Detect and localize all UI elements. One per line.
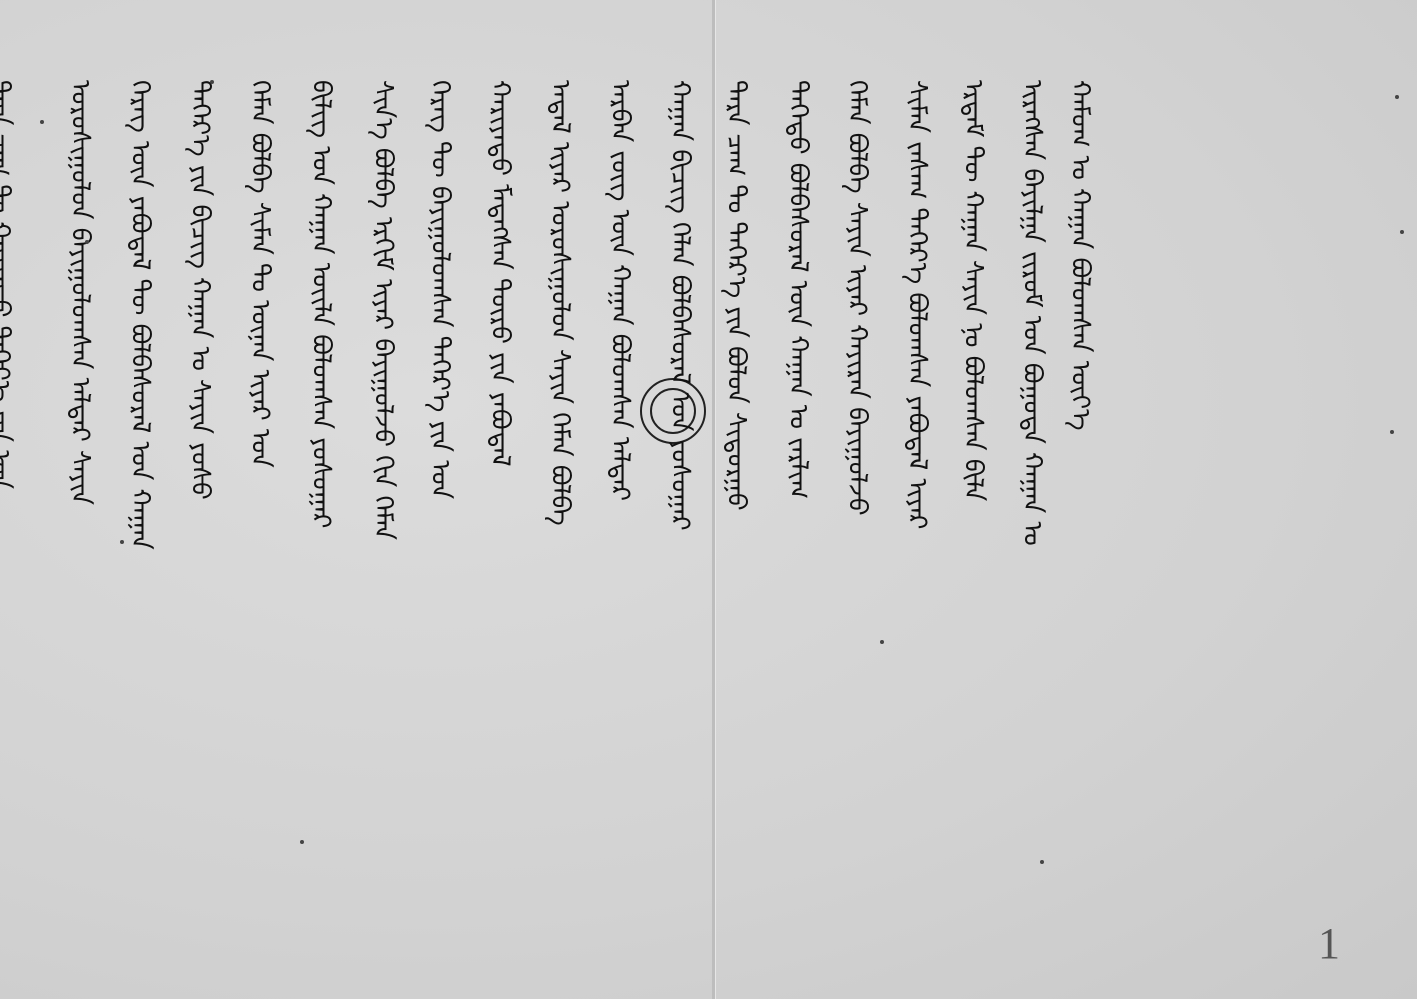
line-text: ᠬᠡᠷᠡᠭ ᠦᠨ ᠶᠠᠪᠤᠳᠠᠯ ᠲᠦ ᠪᠣᠯᠪᠠᠰᠤᠷᠠᠯ ᠤᠨ ᠬᠠᠭᠠᠨ bbox=[124, 80, 170, 550]
manuscript-line: ᠬᠡᠷᠡᠭ ᠲᠦ ᠪᠠᠶᠢᠭᠤᠯᠤᠭᠰᠠᠨ ᠳᠡᠭᠡᠷ᠎ᠡ ᠶᠢᠨ ᠣᠨ bbox=[430, 80, 470, 880]
paper-speck bbox=[40, 120, 44, 124]
manuscript-line: ᠰᠢᠨ᠎ᠡ ᠪᠣᠯᠪᠠ ᠡᠷᠬᠢᠮ ᠢᠶᠡᠷ ᠪᠠᠶᠢᠭᠤᠯᠵᠤ ᠬᠢᠨ ᠬᠡᠮ… bbox=[373, 80, 413, 880]
line-text: ᠢᠷᠡᠭᠰᠡᠨ ᠪᠠᠶᠢᠯᠭᠠ ᠵᠢᠷᠤᠮ ᠤᠨ ᠪᠣᠭᠣᠳᠠ ᠬᠠᠭᠠᠨ ᠤ bbox=[1016, 80, 1062, 546]
paper-speck bbox=[1040, 860, 1044, 864]
line-text: ᠳᠡᠭᠡᠷ᠎ᠡ ᠶᠢᠨ ᠪᠢᠴᠢᠭ ᠬᠠᠭᠠᠨ ᠤ ᠰᠠᠶᠢᠨ ᠶᠣᠰᠣ bbox=[184, 80, 230, 500]
manuscript-line: ᠬᠡᠮᠡᠨ ᠪᠣᠯᠪᠠ ᠰᠠᠶᠢᠨ ᠢᠶᠡᠷ ᠬᠠᠶᠢᠷᠠᠨ ᠪᠠᠶᠢᠭᠤᠯᠵᠤ bbox=[847, 80, 887, 880]
manuscript-line: ᠲᠡᠷᠡ ᠴᠠᠭ ᠲᠤ ᠬᠠᠷᠢᠶᠠᠲᠤ ᠳᠡᠭᠡᠷ᠎ᠡ ᠶᠢᠨ ᠣᠨ bbox=[0, 80, 30, 880]
manuscript-line: ᠠᠳᠠᠯ ᠢᠶᠠᠷ ᠤᠷᠤᠰᠢᠭᠤᠯᠤᠨ ᠰᠠᠶᠢᠨ ᠬᠡᠮᠡᠨ ᠪᠣᠯᠪᠠ bbox=[550, 80, 590, 880]
manuscript-line: ᠠᠷᠪᠠᠨ ᠵᠦᠭ ᠦᠨ ᠬᠠᠭᠠᠨ ᠪᠣᠯᠤᠭᠰᠠᠨ ᠠᠯᠳᠠᠷ bbox=[610, 80, 650, 880]
manuscript-line: ᠢᠷᠡᠭᠰᠡᠨ ᠪᠠᠶᠢᠯᠭᠠ ᠵᠢᠷᠤᠮ ᠤᠨ ᠪᠣᠭᠣᠳᠠ ᠬᠠᠭᠠᠨ ᠤ bbox=[1022, 80, 1062, 880]
paper-speck bbox=[120, 540, 124, 544]
manuscript-line: ᠬᠠᠭᠠᠨ ᠪᠢᠴᠢᠭ ᠬᠡᠯᠡᠨ ᠪᠣᠯᠪᠠᠰᠤᠷᠠᠯ ᠤᠨ ᠶᠣᠰᠣᠭᠠᠷ bbox=[670, 80, 710, 880]
manuscript-line: ᠳᠡᠭᠡᠷ᠎ᠡ ᠶᠢᠨ ᠪᠢᠴᠢᠭ ᠬᠠᠭᠠᠨ ᠤ ᠰᠠᠶᠢᠨ ᠶᠣᠰᠣ bbox=[190, 80, 230, 880]
paper-speck bbox=[1390, 430, 1394, 434]
paper-speck bbox=[210, 80, 214, 84]
line-text: ᠬᠠᠭᠠᠨ ᠪᠢᠴᠢᠭ ᠬᠡᠯᠡᠨ ᠪᠣᠯᠪᠠᠰᠤᠷᠠᠯ ᠤᠨ ᠶᠣᠰᠣᠭᠠᠷ bbox=[664, 80, 710, 531]
paper-speck bbox=[880, 640, 884, 644]
line-text: ᠳᠡᠭᠡᠳᠦ ᠪᠣᠯᠪᠠᠰᠤᠷᠠᠯ ᠦᠨ ᠬᠠᠭᠠᠨ ᠤ ᠵᠠᠷᠯᠢᠭ bbox=[782, 80, 828, 499]
manuscript-line: ᠲᠡᠷᠡ ᠴᠠᠭ ᠲᠤ ᠳᠡᠭᠡᠷ᠎ᠡ ᠶᠢᠨ ᠪᠣᠯᠤᠨ ᠰᠢᠳᠤᠷᠭᠤ bbox=[726, 80, 766, 880]
page-number: 1 bbox=[1318, 918, 1340, 969]
line-text: ᠰᠢᠮᠠᠨ ᠵᠠᠰᠠᠭ ᠳᠡᠭᠡᠷ᠎ᠡ ᠪᠣᠯᠣᠭᠰᠠᠨ ᠶᠠᠪᠤᠳᠠᠯ ᠢᠶᠠ… bbox=[901, 80, 947, 529]
paper-speck bbox=[1400, 230, 1404, 234]
line-text: ᠲᠡᠷᠡ ᠴᠠᠭ ᠲᠤ ᠳᠡᠭᠡᠷ᠎ᠡ ᠶᠢᠨ ᠪᠣᠯᠤᠨ ᠰᠢᠳᠤᠷᠭᠤ bbox=[720, 80, 766, 511]
manuscript-line: ᠬᠡᠮᠡᠨ ᠪᠣᠯᠪᠠ ᠰᠢᠮᠠᠨ ᠲᠤ ᠦᠨᠡᠨ ᠢᠶᠡᠷ ᠣᠨ bbox=[250, 80, 290, 880]
line-text: ᠰᠢᠨ᠎ᠡ ᠪᠣᠯᠪᠠ ᠡᠷᠬᠢᠮ ᠢᠶᠡᠷ ᠪᠠᠶᠢᠭᠤᠯᠵᠤ ᠬᠢᠨ ᠬᠡᠮ… bbox=[367, 80, 413, 540]
paper-speck bbox=[85, 240, 89, 244]
paper-speck bbox=[1395, 95, 1399, 99]
line-text: ᠠᠳᠠᠯ ᠢᠶᠠᠷ ᠤᠷᠤᠰᠢᠭᠤᠯᠤᠨ ᠰᠠᠶᠢᠨ ᠬᠡᠮᠡᠨ ᠪᠣᠯᠪᠠ bbox=[544, 80, 590, 526]
line-text: ᠠᠷᠪᠠᠨ ᠵᠦᠭ ᠦᠨ ᠬᠠᠭᠠᠨ ᠪᠣᠯᠤᠭᠰᠠᠨ ᠠᠯᠳᠠᠷ bbox=[604, 80, 650, 501]
line-text: ᠪᠢᠯᠢᠭ ᠤᠨ ᠬᠠᠭᠠᠨ ᠦᠢᠯᠡ ᠪᠣᠯᠤᠭᠰᠠᠨ ᠶᠣᠰᠣᠭᠠᠷ bbox=[305, 80, 351, 528]
line-text: ᠬᠡᠮᠡᠨ ᠪᠣᠯᠪᠠ ᠰᠢᠮᠠᠨ ᠲᠤ ᠦᠨᠡᠨ ᠢᠶᠡᠷ ᠣᠨ bbox=[244, 80, 290, 468]
manuscript-line: ᠬᠠᠮᠤᠭ ᠤ ᠬᠠᠭᠠᠨ ᠪᠣᠯᠤᠭᠰᠠᠨ ᠦᠶ᠎ᠡ bbox=[1070, 80, 1110, 880]
manuscript-line: ᠰᠢᠮᠠᠨ ᠵᠠᠰᠠᠭ ᠳᠡᠭᠡᠷ᠎ᠡ ᠪᠣᠯᠣᠭᠰᠠᠨ ᠶᠠᠪᠤᠳᠠᠯ ᠢᠶᠠ… bbox=[907, 80, 947, 880]
manuscript-line: ᠬᠠᠷᠢᠶᠠᠲᠤ ᠮᠡᠳᠡᠭᠰᠡᠨ ᠲᠦᠷᠦ ᠶᠢᠨ ᠶᠠᠪᠤᠳᠠᠯ bbox=[490, 80, 530, 880]
manuscript-line: ᠡᠷᠳᠡᠮ ᠲᠦ ᠬᠠᠭᠠᠨ ᠰᠠᠶᠢᠨ ᠨᠤ ᠪᠣᠯᠤᠭᠰᠠᠨ ᠪᠢᠯᠡ bbox=[963, 80, 1003, 880]
paper-speck bbox=[300, 840, 304, 844]
manuscript-line: ᠬᠡᠷᠡᠭ ᠦᠨ ᠶᠠᠪᠤᠳᠠᠯ ᠲᠦ ᠪᠣᠯᠪᠠᠰᠤᠷᠠᠯ ᠤᠨ ᠬᠠᠭᠠᠨ bbox=[130, 80, 170, 880]
manuscript-page: ᠬᠠᠮᠤᠭ ᠤ ᠬᠠᠭᠠᠨ ᠪᠣᠯᠤᠭᠰᠠᠨ ᠦᠶ᠎ᠡᠢᠷᠡᠭᠰᠡᠨ ᠪᠠᠶᠢᠯ… bbox=[0, 0, 1417, 999]
line-text: ᠬᠠᠮᠤᠭ ᠤ ᠬᠠᠭᠠᠨ ᠪᠣᠯᠤᠭᠰᠠᠨ ᠦᠶ᠎ᠡ bbox=[1064, 80, 1110, 431]
manuscript-line: ᠤᠷᠤᠰᠢᠭᠤᠯᠤᠨ ᠪᠠᠶᠢᠭᠤᠯᠤᠭᠰᠠᠨ ᠠᠯᠳᠠᠷ ᠰᠠᠶᠢᠨ bbox=[70, 80, 110, 880]
center-fold-line bbox=[712, 0, 715, 999]
line-text: ᠲᠡᠷᠡ ᠴᠠᠭ ᠲᠤ ᠬᠠᠷᠢᠶᠠᠲᠤ ᠳᠡᠭᠡᠷ᠎ᠡ ᠶᠢᠨ ᠣᠨ bbox=[0, 80, 30, 489]
line-text: ᠤᠷᠤᠰᠢᠭᠤᠯᠤᠨ ᠪᠠᠶᠢᠭᠤᠯᠤᠭᠰᠠᠨ ᠠᠯᠳᠠᠷ ᠰᠠᠶᠢᠨ bbox=[64, 80, 110, 505]
line-text: ᠬᠡᠮᠡᠨ ᠪᠣᠯᠪᠠ ᠰᠠᠶᠢᠨ ᠢᠶᠡᠷ ᠬᠠᠶᠢᠷᠠᠨ ᠪᠠᠶᠢᠭᠤᠯᠵᠤ bbox=[841, 80, 887, 516]
line-text: ᠬᠠᠷᠢᠶᠠᠲᠤ ᠮᠡᠳᠡᠭᠰᠡᠨ ᠲᠦᠷᠦ ᠶᠢᠨ ᠶᠠᠪᠤᠳᠠᠯ bbox=[484, 80, 530, 467]
line-text: ᠬᠡᠷᠡᠭ ᠲᠦ ᠪᠠᠶᠢᠭᠤᠯᠤᠭᠰᠠᠨ ᠳᠡᠭᠡᠷ᠎ᠡ ᠶᠢᠨ ᠣᠨ bbox=[424, 80, 470, 499]
line-text: ᠡᠷᠳᠡᠮ ᠲᠦ ᠬᠠᠭᠠᠨ ᠰᠠᠶᠢᠨ ᠨᠤ ᠪᠣᠯᠤᠭᠰᠠᠨ ᠪᠢᠯᠡ bbox=[957, 80, 1003, 501]
manuscript-line: ᠪᠢᠯᠢᠭ ᠤᠨ ᠬᠠᠭᠠᠨ ᠦᠢᠯᠡ ᠪᠣᠯᠤᠭᠰᠠᠨ ᠶᠣᠰᠣᠭᠠᠷ bbox=[311, 80, 351, 880]
manuscript-line: ᠳᠡᠭᠡᠳᠦ ᠪᠣᠯᠪᠠᠰᠤᠷᠠᠯ ᠦᠨ ᠬᠠᠭᠠᠨ ᠤ ᠵᠠᠷᠯᠢᠭ bbox=[788, 80, 828, 880]
